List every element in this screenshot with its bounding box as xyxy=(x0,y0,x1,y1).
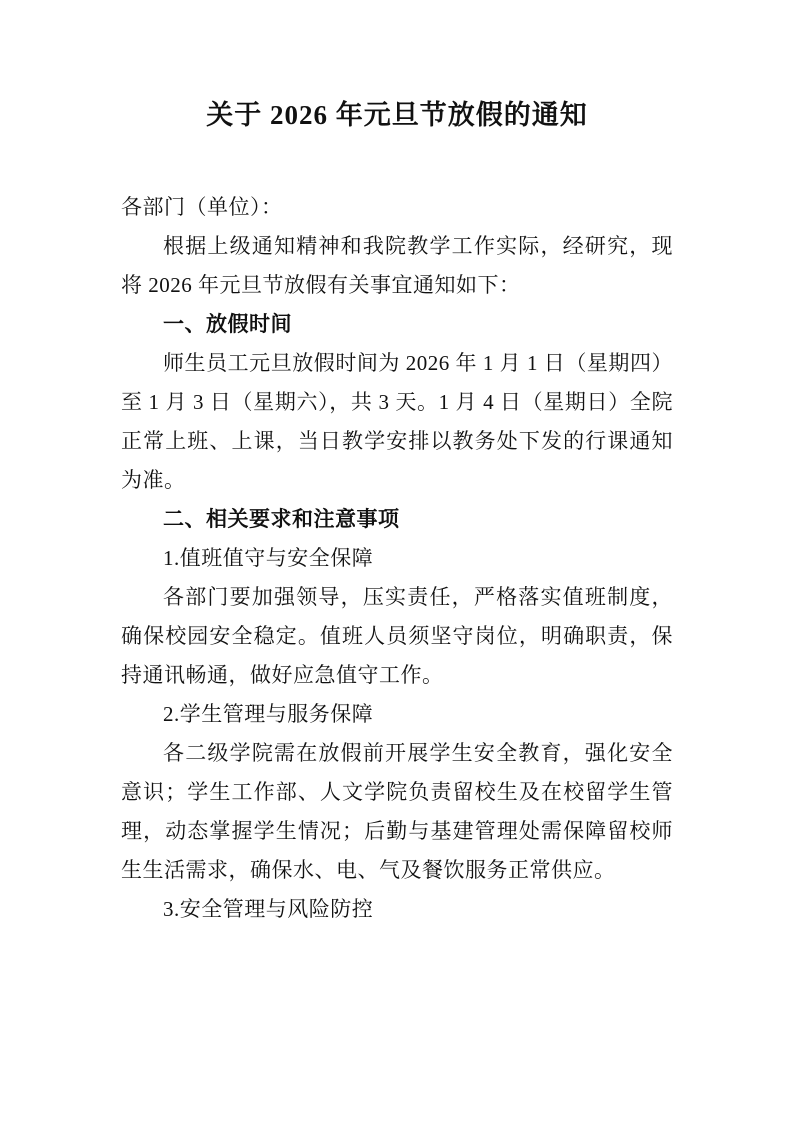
document-page: 关于 2026 年元旦节放假的通知 各部门（单位）： 根据上级通知精神和我院教学… xyxy=(0,0,793,1122)
section-1-heading: 一、放假时间 xyxy=(121,305,673,344)
document-title: 关于 2026 年元旦节放假的通知 xyxy=(121,97,673,133)
subsection-2-paragraph: 各二级学院需在放假前开展学生安全教育，强化安全意识；学生工作部、人文学院负责留校… xyxy=(121,734,673,890)
intro-paragraph: 根据上级通知精神和我院教学工作实际，经研究，现将 2026 年元旦节放假有关事宜… xyxy=(121,227,673,305)
subsection-3-heading: 3.安全管理与风险防控 xyxy=(121,890,673,929)
subsection-1-heading: 1.值班值守与安全保障 xyxy=(121,539,673,578)
subsection-1-paragraph: 各部门要加强领导，压实责任，严格落实值班制度，确保校园安全稳定。值班人员须坚守岗… xyxy=(121,578,673,695)
section-1-paragraph: 师生员工元旦放假时间为 2026 年 1 月 1 日（星期四）至 1 月 3 日… xyxy=(121,344,673,500)
salutation: 各部门（单位）： xyxy=(121,188,673,227)
document-body: 关于 2026 年元旦节放假的通知 各部门（单位）： 根据上级通知精神和我院教学… xyxy=(0,97,793,929)
subsection-2-heading: 2.学生管理与服务保障 xyxy=(121,695,673,734)
section-2-heading: 二、相关要求和注意事项 xyxy=(121,500,673,539)
